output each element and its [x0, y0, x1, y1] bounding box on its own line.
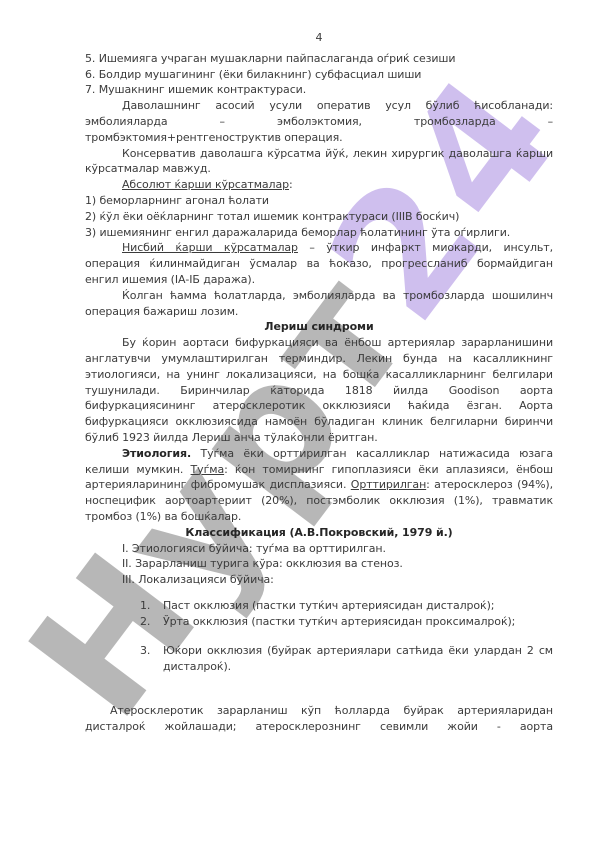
paragraph: Бу ќорин аортаси бифуркацияси ва ёнбош а…: [85, 335, 553, 446]
bold-text: Лериш синдроми: [264, 320, 373, 333]
section-heading: Лериш синдроми: [85, 319, 553, 335]
bold-text: Классификация (А.В.Покровский, 1979 й.): [185, 526, 452, 539]
paragraph: Нисбий ќарши кўрсатмалар – ўткир инфаркт…: [85, 240, 553, 287]
paragraph: Ќолган ћамма ћолатларда, эмболияларда ва…: [85, 288, 553, 320]
list-item-text: Юќори окклюзия (буйрак артериялари сатћи…: [163, 643, 553, 675]
text-run: Даволашнинг асосий усули оператив усул б…: [85, 99, 553, 144]
text-run: 7. Мушакнинг ишемик контрактураси.: [85, 83, 306, 96]
underlined-text: Абсолют ќарши кўрсатмалар: [122, 178, 289, 191]
document-page: Нурт24 4 5. Ишемияга учраган мушакларни …: [0, 0, 596, 842]
page-content: 4 5. Ишемияга учраган мушакларни пайпасл…: [85, 30, 553, 735]
underlined-text: Нисбий ќарши кўрсатмалар: [122, 241, 298, 254]
section-heading: Классификация (А.В.Покровский, 1979 й.): [85, 525, 553, 541]
roman-list-item: II. Зарарланиш турига кўра: окклюзия ва …: [85, 556, 553, 572]
text-run: Ўрта окклюзия (пастки тутќич артериясида…: [163, 615, 515, 628]
list-item: 2) ќўл ёки оёќларнинг тотал ишемик контр…: [85, 209, 553, 225]
text-run: :: [289, 178, 293, 191]
text-run: I. Этиологияси бўйича: туѓма ва орттирил…: [122, 542, 386, 555]
text-run: Ќолган ћамма ћолатларда, эмболияларда ва…: [85, 289, 553, 318]
text-run: 2) ќўл ёки оёќларнинг тотал ишемик контр…: [85, 210, 459, 223]
list-item: 1) беморларнинг агонал ћолати: [85, 193, 553, 209]
text-run: Юќори окклюзия (буйрак артериялари сатћи…: [163, 644, 553, 673]
text-run: Бу ќорин аортаси бифуркацияси ва ёнбош а…: [85, 336, 553, 444]
text-run: 6. Болдир мушагининг (ёки билакнинг) суб…: [85, 68, 421, 81]
underlined-text: Орттирилган: [351, 478, 426, 491]
underlined-text: Туѓма: [191, 463, 225, 476]
bold-text: Этиология.: [122, 447, 191, 460]
list-number: 2.: [140, 614, 163, 630]
text-run: Паст окклюзия (пастки тутќич артериясида…: [163, 599, 494, 612]
list-item-text: Паст окклюзия (пастки тутќич артериясида…: [163, 598, 553, 614]
list-item: 7. Мушакнинг ишемик контрактураси.: [85, 82, 553, 98]
roman-list-item: I. Этиологияси бўйича: туѓма ва орттирил…: [85, 541, 553, 557]
paragraph: Консерватив даволашга кўрсатма йўќ, леки…: [85, 146, 553, 178]
list-number: 3.: [140, 643, 163, 675]
list-number: 1.: [140, 598, 163, 614]
list-item-text: Ўрта окклюзия (пастки тутќич артериясида…: [163, 614, 553, 630]
paragraph: Этиология. Туѓма ёки орттирилган касалли…: [85, 446, 553, 525]
text-run: III. Локализацияси бўйича:: [122, 573, 274, 586]
text-run: 1) беморларнинг агонал ћолати: [85, 194, 269, 207]
roman-list-item: III. Локализацияси бўйича:: [85, 572, 553, 588]
document-body: 5. Ишемияга учраган мушакларни пайпаслаг…: [85, 51, 553, 735]
numbered-list-item: 1.Паст окклюзия (пастки тутќич артерияси…: [85, 598, 553, 614]
list-item: 5. Ишемияга учраган мушакларни пайпаслаг…: [85, 51, 553, 67]
list-item: 3) ишемиянинг енгил даражаларида беморла…: [85, 225, 553, 241]
numbered-list-item: 3.Юќори окклюзия (буйрак артериялари сат…: [85, 643, 553, 675]
text-run: Атеросклеротик зарарланиш кўп ћолларда б…: [85, 704, 553, 733]
list-item: 6. Болдир мушагининг (ёки билакнинг) суб…: [85, 67, 553, 83]
paragraph: Даволашнинг асосий усули оператив усул б…: [85, 98, 553, 145]
paragraph: Атеросклеротик зарарланиш кўп ћолларда б…: [85, 703, 553, 735]
text-run: Консерватив даволашга кўрсатма йўќ, леки…: [85, 147, 553, 176]
numbered-list-item: 2.Ўрта окклюзия (пастки тутќич артерияси…: [85, 614, 553, 630]
text-run: 3) ишемиянинг енгил даражаларида беморла…: [85, 226, 510, 239]
page-number: 4: [85, 30, 553, 46]
text-run: 5. Ишемияга учраган мушакларни пайпаслаг…: [85, 52, 455, 65]
paragraph: Абсолют ќарши кўрсатмалар:: [85, 177, 553, 193]
text-run: II. Зарарланиш турига кўра: окклюзия ва …: [122, 557, 403, 570]
